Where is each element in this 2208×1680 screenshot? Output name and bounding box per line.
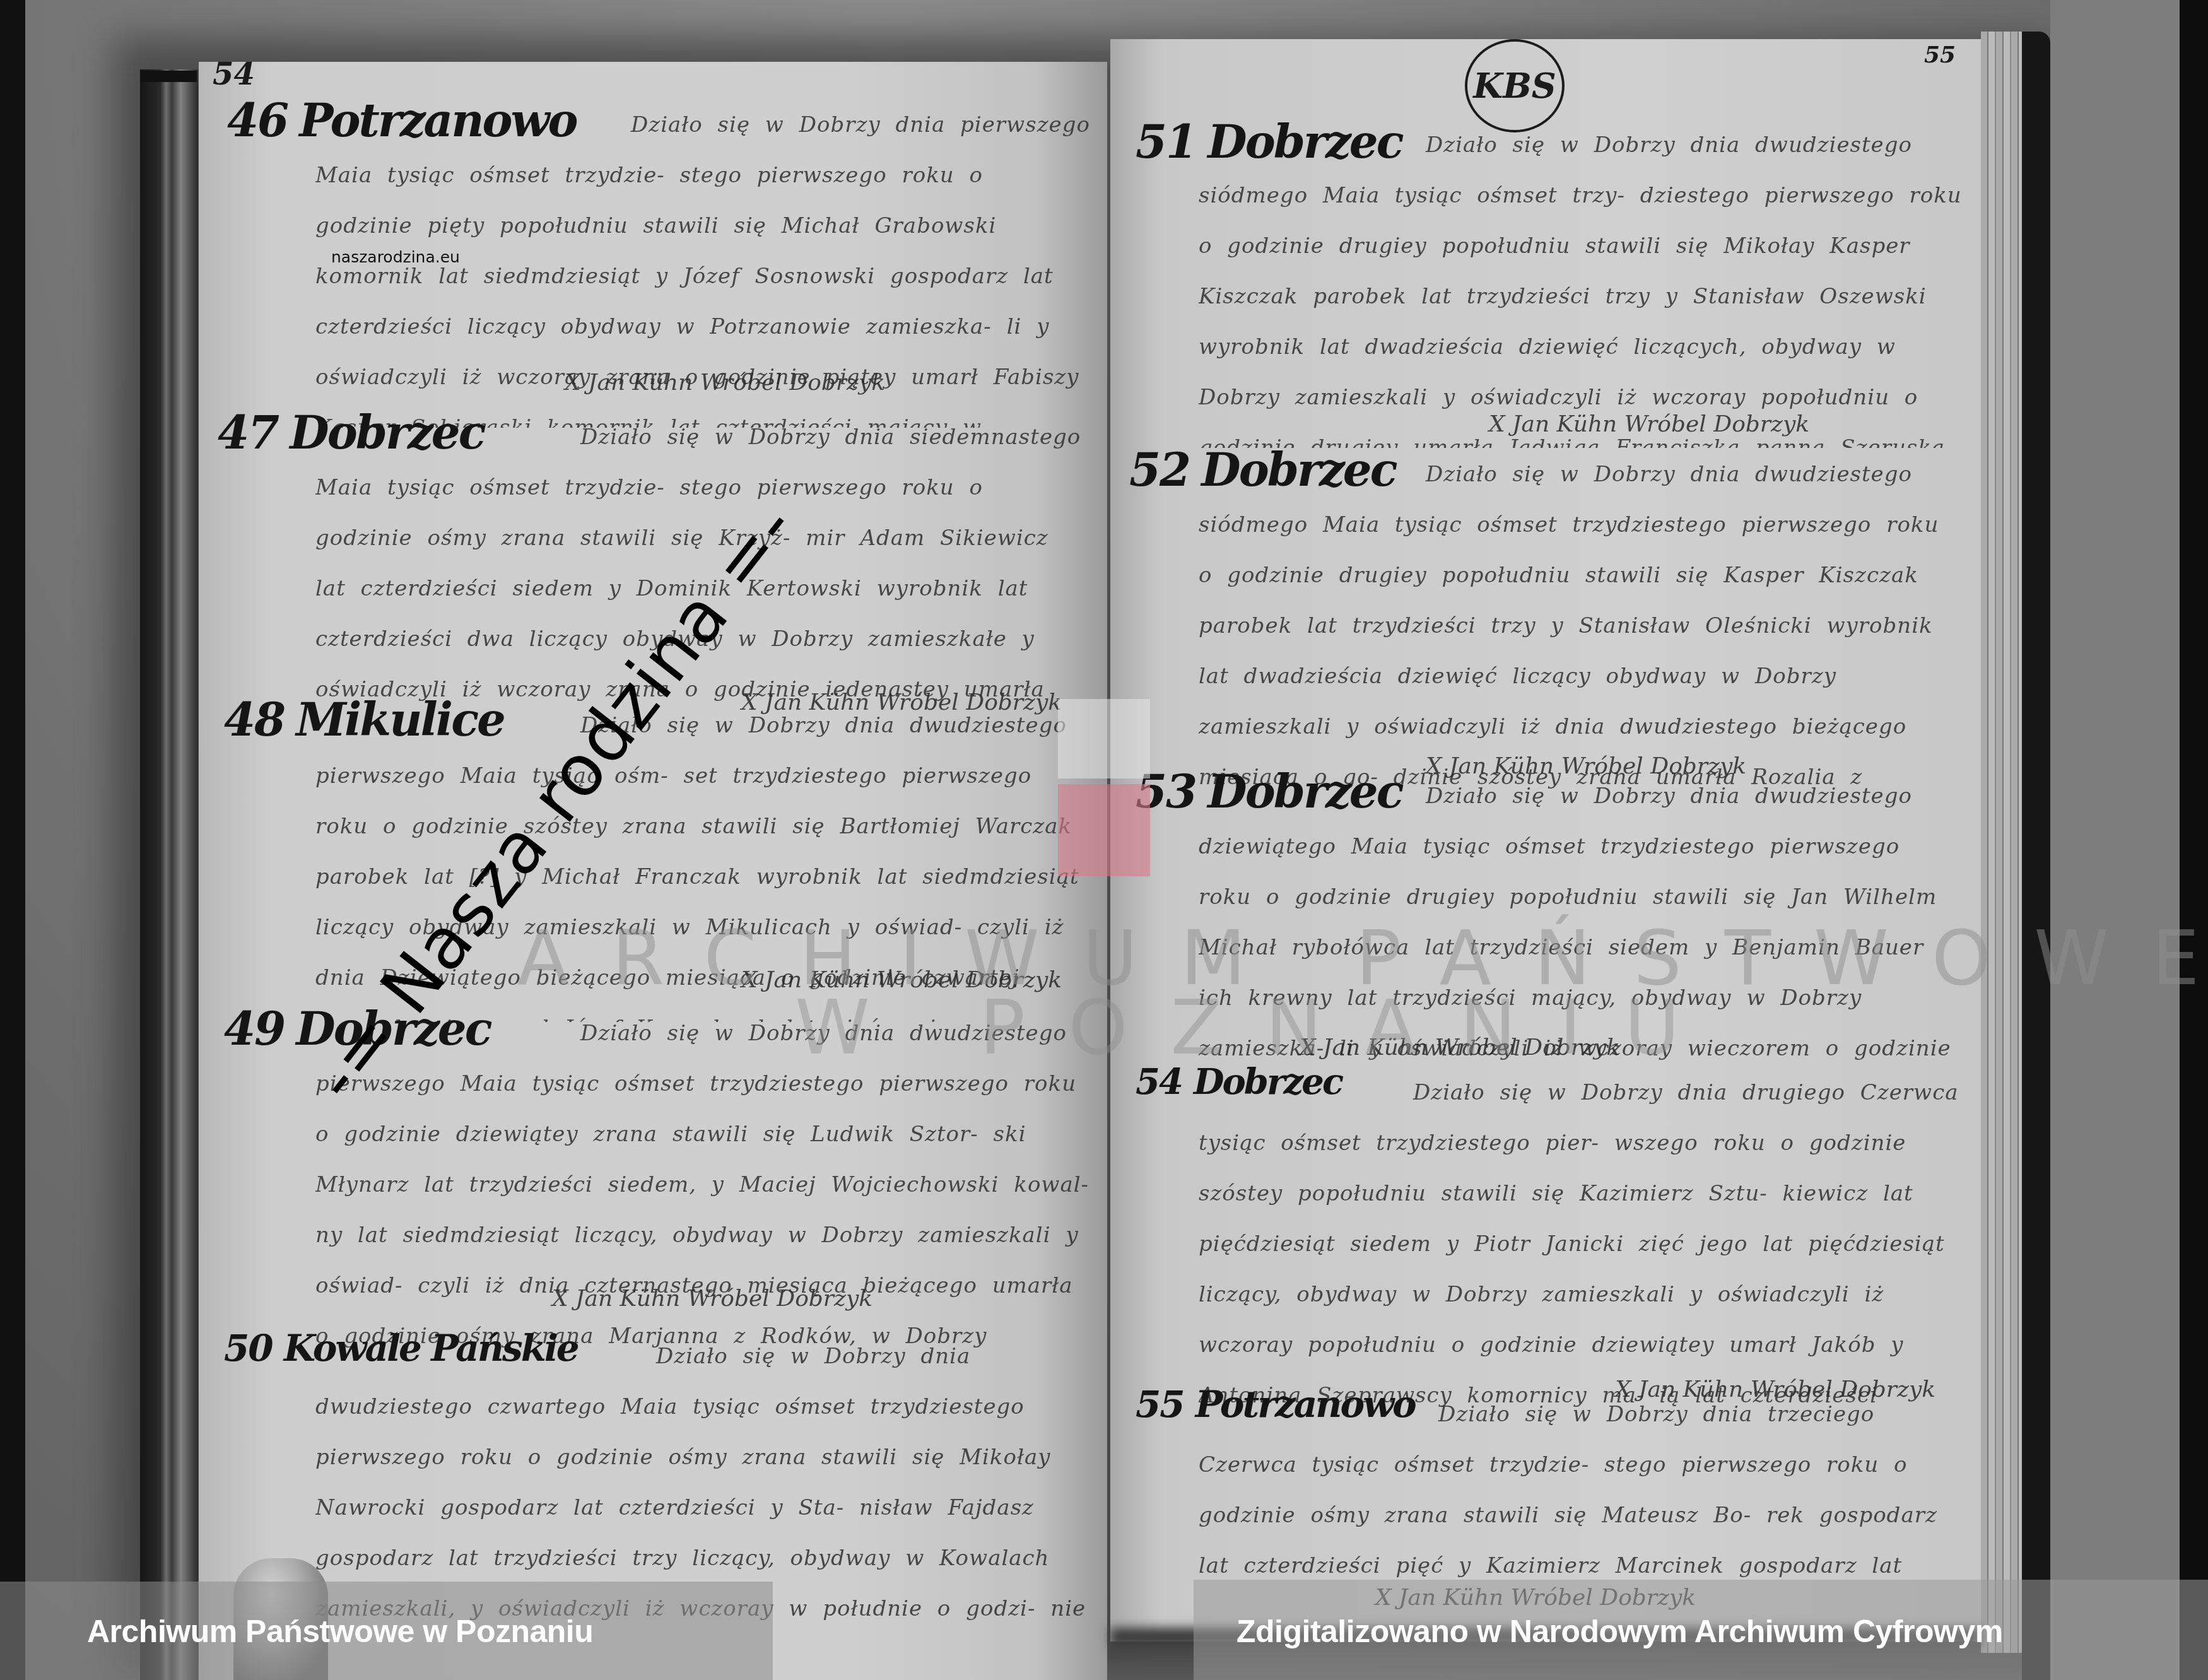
entry-54-text: Działo się w Dobrzy dnia drugiego Czerwc… [1199, 1067, 1962, 1421]
monogram-stamp: KBS [1465, 39, 1565, 132]
book-cover-left-cap [140, 71, 197, 82]
site-watermark: naszarodzina.eu [331, 248, 460, 266]
entry-number: 51 [1136, 115, 1196, 168]
entry-number: 49 [224, 1002, 285, 1055]
archive-credit: Archiwum Państwowe w Poznaniu [87, 1613, 593, 1650]
book-cover-right [2022, 32, 2050, 1680]
folio-number-left: 54 [213, 57, 255, 92]
right-page: 55 51Dobrzec Działo się w Dobrzy dnia dw… [1110, 39, 1981, 1642]
digitization-credit: Zdigitalizowano w Narodowym Archiwum Cyf… [1236, 1613, 2003, 1650]
calibration-patch-white [1058, 699, 1150, 778]
entry-number: 47 [218, 406, 278, 459]
calibration-patch-red [1058, 784, 1150, 876]
entry-51-signature: X Jan Kühn Wróbel Dobrzyk [1489, 411, 1809, 437]
entry-46-signature: X Jan Kühn Wróbel Dobrzyk [565, 370, 885, 396]
scan-frame-left [0, 0, 25, 1680]
entry-number: 55 [1136, 1383, 1184, 1426]
entry-51-text: Działo się w Dobrzy dnia dwudziestego si… [1199, 120, 1962, 448]
book-cover-left [140, 69, 198, 1680]
scan-frame-right [2180, 0, 2208, 1680]
entry-number: 46 [227, 93, 288, 147]
scan-background-right [2050, 0, 2180, 1680]
left-page: 54 46Potrzanowo Działo się w Dobrzy dnia… [199, 62, 1107, 1680]
page-edges-right [1981, 32, 2025, 1653]
entry-49-signature: X Jan Kühn Wróbel Dobrzyk [552, 1286, 872, 1312]
archive-watermark-line2: W POZNANIU [795, 984, 1723, 1072]
entry-52-text: Działo się w Dobrzy dnia dwudziestego si… [1199, 449, 1962, 802]
entry-number: 48 [224, 693, 285, 746]
stamp-initials: KBS [1473, 66, 1556, 106]
entry-55-text: Działo się w Dobrzy dnia trzeciego Czerw… [1199, 1389, 1962, 1597]
entry-number: 50 [224, 1327, 273, 1370]
entry-number: 52 [1129, 443, 1190, 496]
folio-number-right: 55 [1924, 42, 1956, 68]
